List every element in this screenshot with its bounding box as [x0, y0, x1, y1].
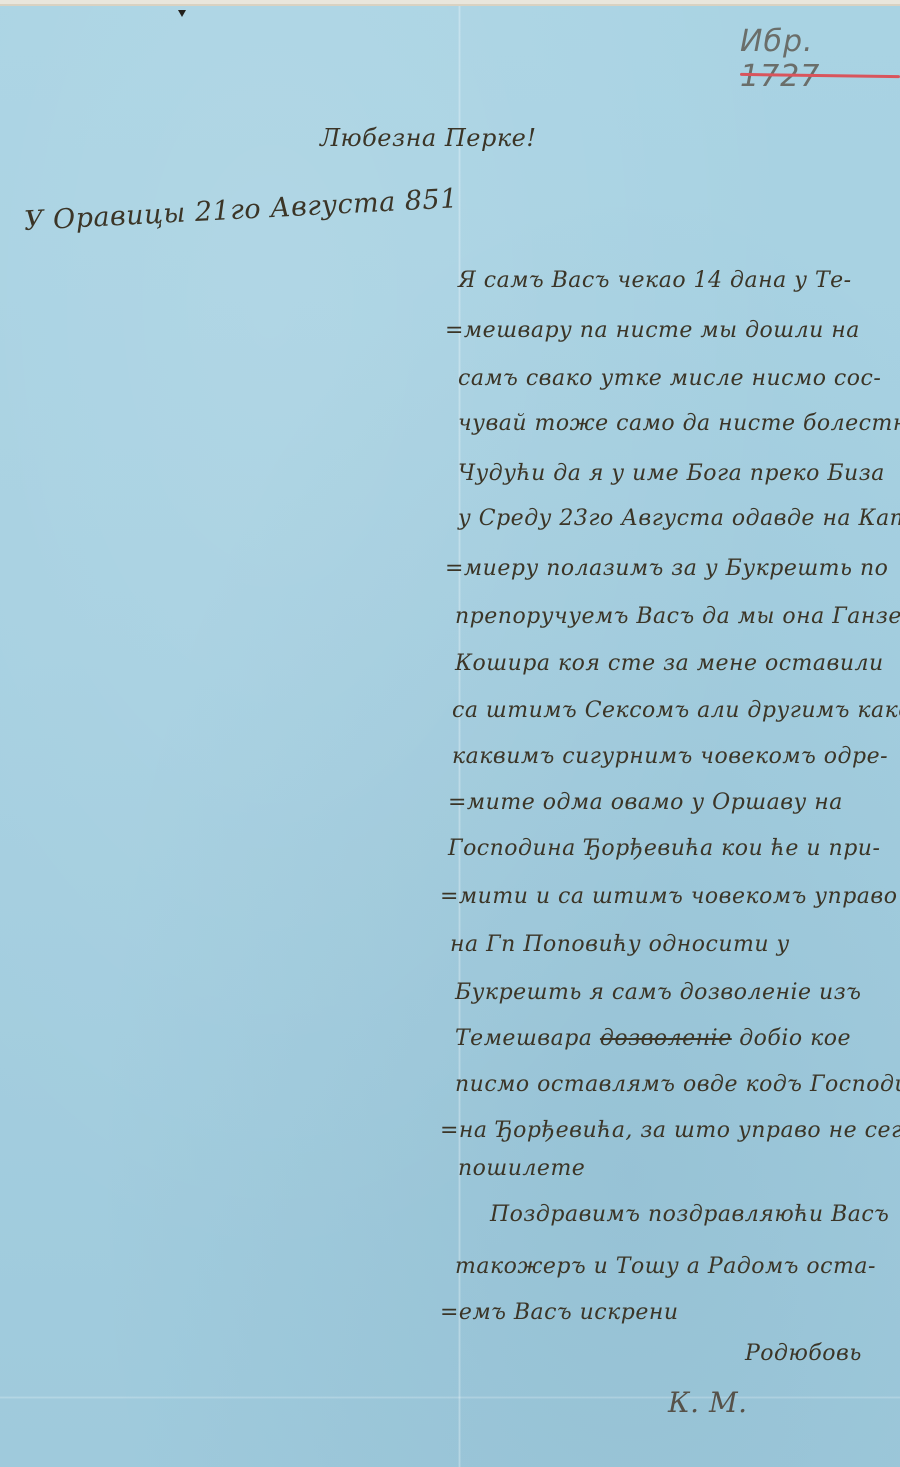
body-line: препоручуемъ Васъ да мы она Ганзеръ — [455, 604, 900, 629]
struck-word: дозволеніе — [600, 1026, 732, 1051]
body-line: Чудући да я у име Бога преко Биза — [458, 461, 885, 486]
horizontal-fold — [0, 1396, 900, 1399]
body-line: каквимъ сигурнимъ човекомъ одре- — [452, 744, 888, 769]
body-word: добіо кое — [739, 1026, 851, 1051]
closing-line: такожеръ и Тошу а Радомъ оста- — [455, 1254, 876, 1279]
body-line: самъ свако утке мисле нисмо сос- — [458, 366, 881, 391]
body-line: на Гп Поповићу односити у — [450, 932, 790, 957]
body-line: =на Ђорђевића, за што управо не сега — [440, 1118, 900, 1143]
body-line: са штимъ Сексомъ али другимъ како — [452, 698, 900, 723]
salutation: Любезна Перке! — [320, 124, 537, 152]
closing-line: Поздравимъ поздравляюћи Васъ — [490, 1202, 889, 1227]
archive-number: Ибр. 1727 — [740, 24, 900, 94]
body-line: =мити и са штимъ човекомъ управо — [440, 884, 897, 909]
body-line: Кошира коя сте за мене оставили — [455, 651, 884, 676]
signature-title: Родюбовь — [745, 1341, 862, 1366]
body-line: писмо оставлямъ овде кодъ Господи- — [455, 1072, 900, 1097]
letter-sheet: Ибр. 1727 Любезна Перке! У Оравицы 21го … — [0, 4, 900, 1465]
body-line: Я самъ Васъ чекао 14 дана у Те- — [458, 268, 852, 293]
vertical-fold — [458, 6, 461, 1465]
body-line: =мите одма овамо у Оршаву на — [448, 790, 843, 815]
ink-spot — [178, 10, 186, 17]
place-date: У Оравицы 21го Августа 851 — [23, 183, 458, 237]
body-word: Темешвара — [455, 1026, 592, 1051]
body-line: =миеру полазимъ за у Букрешть по — [445, 556, 888, 581]
body-line: =мешвару па нисте мы дошли на — [445, 318, 860, 343]
body-line: у Среду 23го Августа одавде на Катр — [458, 506, 900, 531]
body-line: чувай тоже само да нисте болестни. — [458, 411, 900, 436]
body-line: Господина Ђорђевића кои ће и при- — [448, 836, 880, 861]
signature: К. М. — [668, 1386, 748, 1419]
body-line: Букрешть я самъ дозволеніе изъ — [455, 980, 861, 1005]
body-line: Темешвара дозволеніе добіо кое — [455, 1026, 851, 1051]
body-line: пошилете — [458, 1156, 585, 1181]
closing-line: =емъ Васъ искрени — [440, 1300, 679, 1325]
